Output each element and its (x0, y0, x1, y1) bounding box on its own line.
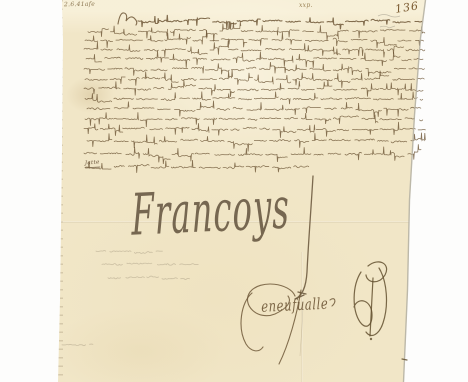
royal-signature: Francoys (131, 174, 320, 312)
deckle-edge (58, 0, 63, 382)
photo-background: 2.6.41afe xxp. 136 Jatte Francoys eneufu… (0, 0, 468, 382)
collector-note: 2.6.41afe (64, 1, 95, 9)
manuscript-paper: 2.6.41afe xxp. 136 Jatte Francoys eneufu… (0, 0, 468, 382)
countersignature: eneufualle (261, 294, 329, 316)
margin-docket-note: Jatte (85, 159, 100, 168)
folio-number: 136 (394, 0, 420, 16)
folio-mark: xxp. (299, 2, 313, 9)
